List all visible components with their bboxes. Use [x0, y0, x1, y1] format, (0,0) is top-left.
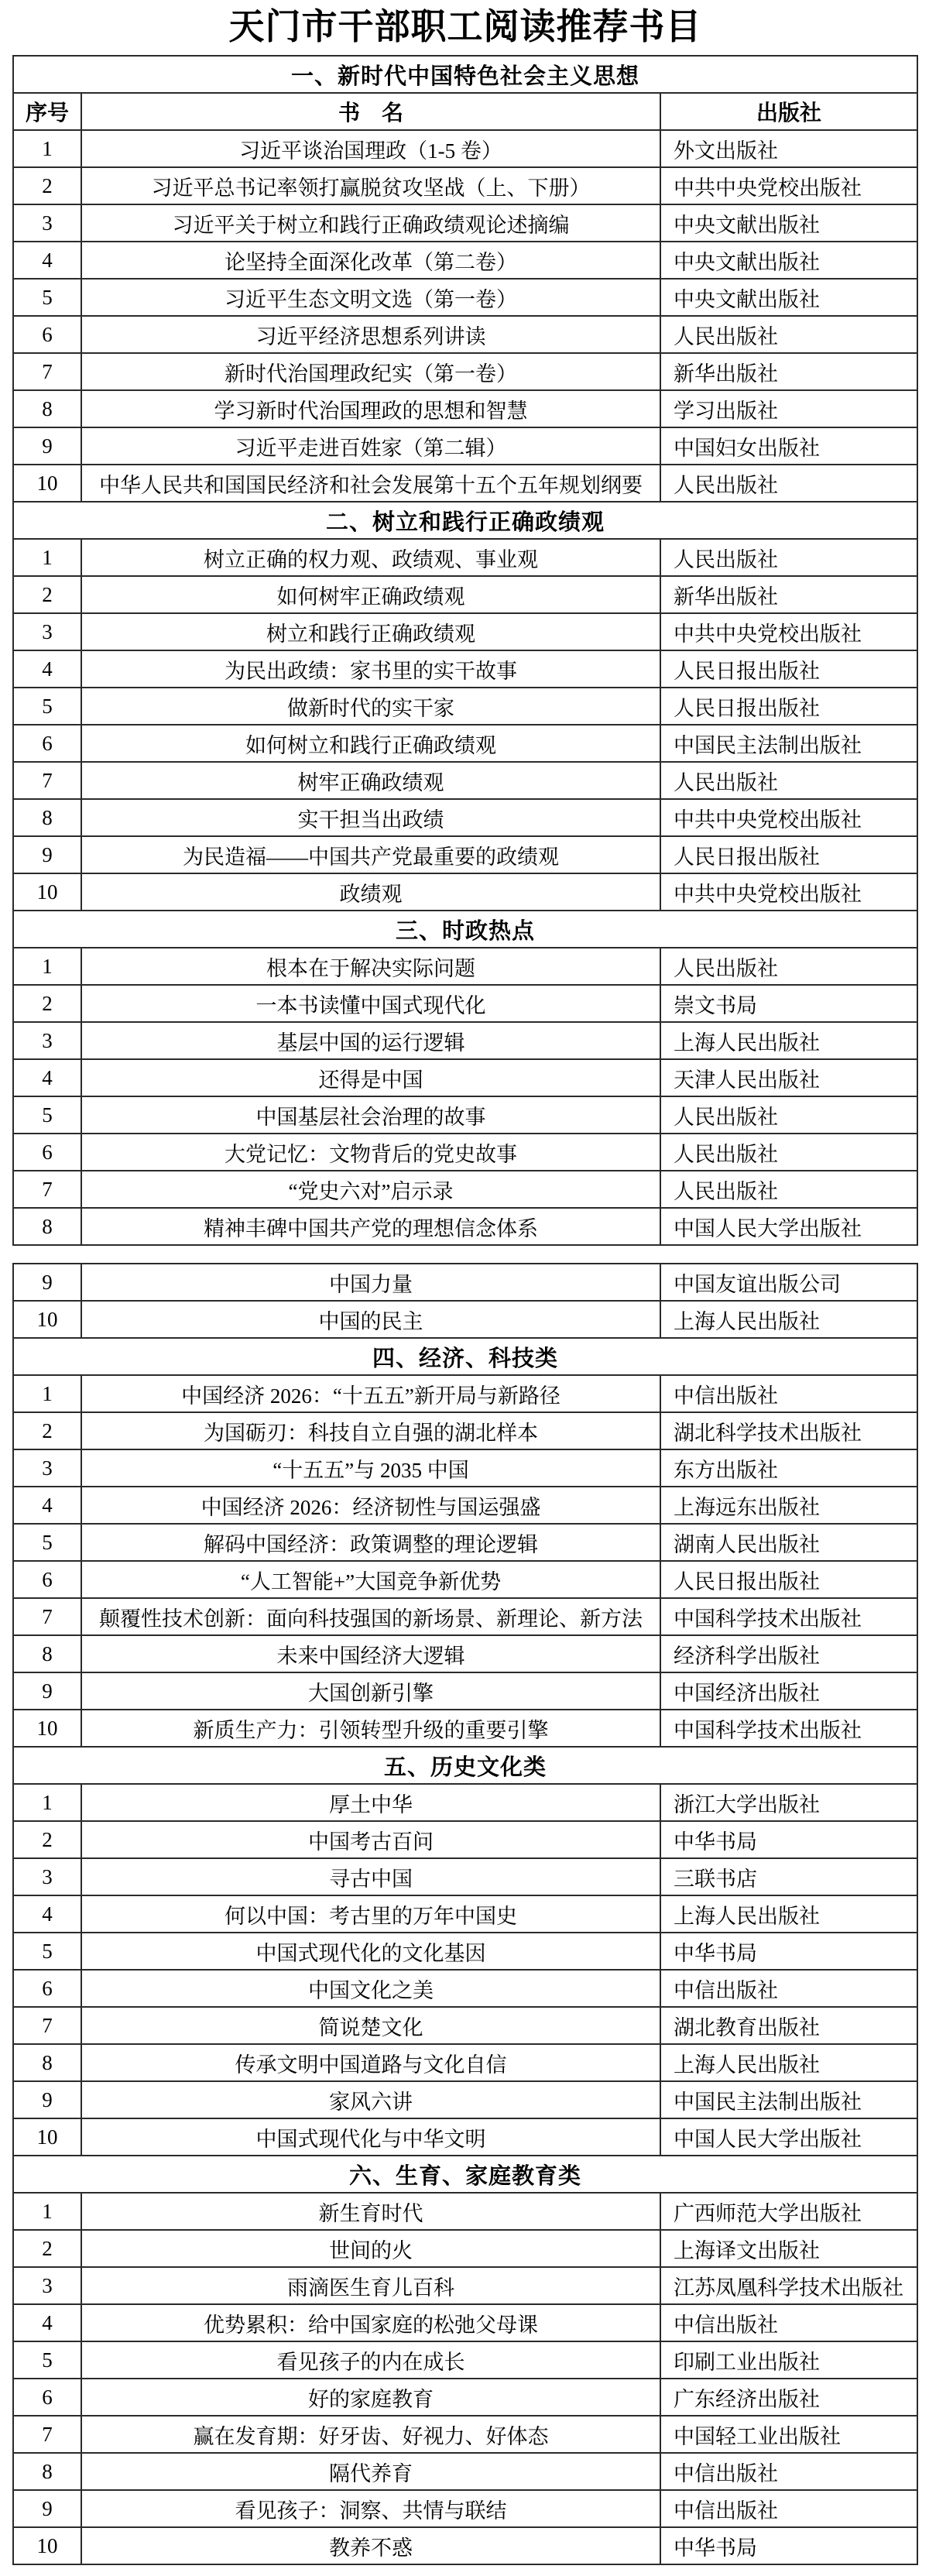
section-heading: 四、经济、科技类 — [13, 1338, 917, 1375]
book-serial-number: 1 — [13, 130, 81, 167]
book-row: 3雨滴医生育儿百科江苏凤凰科学技术出版社 — [13, 2267, 917, 2304]
book-publisher: 人民日报出版社 — [660, 650, 917, 688]
book-serial-number: 8 — [13, 2453, 81, 2490]
book-serial-number: 6 — [13, 1970, 81, 2007]
book-publisher: 中华书局 — [660, 1933, 917, 1970]
book-title: 颠覆性技术创新：面向科技强国的新场景、新理论、新方法 — [81, 1598, 660, 1635]
book-serial-number: 5 — [13, 1524, 81, 1561]
book-title: 为民出政绩：家书里的实干故事 — [81, 650, 660, 688]
book-publisher: 中央文献出版社 — [660, 204, 917, 242]
book-serial-number: 5 — [13, 279, 81, 316]
book-row: 2习近平总书记率领打赢脱贫攻坚战（上、下册）中共中央党校出版社 — [13, 167, 917, 204]
book-title: 习近平总书记率领打赢脱贫攻坚战（上、下册） — [81, 167, 660, 204]
book-row: 5看见孩子的内在成长印刷工业出版社 — [13, 2341, 917, 2379]
book-publisher: 人民出版社 — [660, 316, 917, 353]
book-title: 大党记忆：文物背后的党史故事 — [81, 1134, 660, 1171]
book-row: 5中国基层社会治理的故事人民出版社 — [13, 1096, 917, 1134]
book-row: 2世间的火上海译文出版社 — [13, 2230, 917, 2267]
book-publisher: 中信出版社 — [660, 1375, 917, 1412]
book-title: 中国式现代化的文化基因 — [81, 1933, 660, 1970]
book-publisher: 上海人民出版社 — [660, 1022, 917, 1059]
book-title: 家风六讲 — [81, 2081, 660, 2118]
book-publisher: 中国人民大学出版社 — [660, 2118, 917, 2156]
book-row: 9家风六讲中国民主法制出版社 — [13, 2081, 917, 2118]
book-serial-number: 6 — [13, 1561, 81, 1598]
book-serial-number: 2 — [13, 167, 81, 204]
book-title: 教养不惑 — [81, 2527, 660, 2564]
section-heading-row: 四、经济、科技类 — [13, 1338, 917, 1375]
book-serial-number: 6 — [13, 316, 81, 353]
book-publisher: 中国科学技术出版社 — [660, 1598, 917, 1635]
book-serial-number: 3 — [13, 204, 81, 242]
book-row: 6习近平经济思想系列讲读人民出版社 — [13, 316, 917, 353]
book-serial-number: 6 — [13, 2379, 81, 2416]
book-publisher: 三联书店 — [660, 1858, 917, 1895]
book-publisher: 人民出版社 — [660, 539, 917, 576]
book-serial-number: 9 — [13, 836, 81, 873]
book-row: 7赢在发育期：好牙齿、好视力、好体态中国轻工业出版社 — [13, 2416, 917, 2453]
book-row: 4中国经济 2026：经济韧性与国运强盛上海远东出版社 — [13, 1487, 917, 1524]
book-title: 新生育时代 — [81, 2193, 660, 2230]
book-row: 6“人工智能+”大国竞争新优势人民日报出版社 — [13, 1561, 917, 1598]
book-publisher: 人民出版社 — [660, 1171, 917, 1208]
book-title: 解码中国经济：政策调整的理论逻辑 — [81, 1524, 660, 1561]
book-serial-number: 7 — [13, 1171, 81, 1208]
book-title: 中国经济 2026：“十五五”新开局与新路径 — [81, 1375, 660, 1412]
book-title: “人工智能+”大国竞争新优势 — [81, 1561, 660, 1598]
book-row: 5中国式现代化的文化基因中华书局 — [13, 1933, 917, 1970]
book-publisher: 浙江大学出版社 — [660, 1784, 917, 1821]
book-title: 如何树立和践行正确政绩观 — [81, 725, 660, 762]
book-table: 9中国力量中国友谊出版公司10中国的民主上海人民出版社四、经济、科技类1中国经济… — [12, 1263, 918, 2565]
book-publisher: 人民出版社 — [660, 1134, 917, 1171]
book-row: 9习近平走进百姓家（第二辑）中国妇女出版社 — [13, 427, 917, 465]
section-heading-row: 一、新时代中国特色社会主义思想 — [13, 56, 917, 93]
book-publisher: 上海人民出版社 — [660, 2044, 917, 2081]
book-serial-number: 5 — [13, 688, 81, 725]
book-row: 4为民出政绩：家书里的实干故事人民日报出版社 — [13, 650, 917, 688]
book-row: 9为民造福——中国共产党最重要的政绩观人民日报出版社 — [13, 836, 917, 873]
book-publisher: 中华书局 — [660, 2527, 917, 2564]
book-publisher: 经济科学出版社 — [660, 1635, 917, 1672]
book-publisher: 湖北科学技术出版社 — [660, 1412, 917, 1449]
book-row: 1中国经济 2026：“十五五”新开局与新路径中信出版社 — [13, 1375, 917, 1412]
section-heading-row: 五、历史文化类 — [13, 1747, 917, 1784]
book-title: 论坚持全面深化改革（第二卷） — [81, 242, 660, 279]
book-row: 7树牢正确政绩观人民出版社 — [13, 762, 917, 799]
book-title: 何以中国：考古里的万年中国史 — [81, 1895, 660, 1933]
book-title: 精神丰碑中国共产党的理想信念体系 — [81, 1208, 660, 1245]
book-row: 4优势累积：给中国家庭的松弛父母课中信出版社 — [13, 2304, 917, 2341]
section-heading: 三、时政热点 — [13, 911, 917, 948]
book-serial-number: 3 — [13, 2267, 81, 2304]
book-serial-number: 10 — [13, 465, 81, 502]
book-row: 6好的家庭教育广东经济出版社 — [13, 2379, 917, 2416]
column-header-row: 序号书 名出版社 — [13, 93, 917, 130]
book-publisher: 上海人民出版社 — [660, 1301, 917, 1338]
document-title: 天门市干部职工阅读推荐书目 — [12, 5, 918, 55]
section-heading: 五、历史文化类 — [13, 1747, 917, 1784]
book-row: 3树立和践行正确政绩观中共中央党校出版社 — [13, 613, 917, 650]
book-publisher: 中信出版社 — [660, 1970, 917, 2007]
book-serial-number: 3 — [13, 1022, 81, 1059]
book-title: 树立和践行正确政绩观 — [81, 613, 660, 650]
book-row: 4何以中国：考古里的万年中国史上海人民出版社 — [13, 1895, 917, 1933]
book-publisher: 中共中央党校出版社 — [660, 873, 917, 911]
book-publisher: 湖北教育出版社 — [660, 2007, 917, 2044]
document-page: 天门市干部职工阅读推荐书目 一、新时代中国特色社会主义思想序号书 名出版社1习近… — [0, 0, 929, 2576]
book-serial-number: 7 — [13, 2007, 81, 2044]
book-serial-number: 1 — [13, 1375, 81, 1412]
book-title: 习近平谈治国理政（1-5 卷） — [81, 130, 660, 167]
book-serial-number: 9 — [13, 1672, 81, 1710]
book-row: 3“十五五”与 2035 中国东方出版社 — [13, 1449, 917, 1487]
book-row: 1树立正确的权力观、政绩观、事业观人民出版社 — [13, 539, 917, 576]
book-row: 9大国创新引擎中国经济出版社 — [13, 1672, 917, 1710]
book-serial-number: 10 — [13, 2118, 81, 2156]
book-serial-number: 1 — [13, 948, 81, 985]
book-serial-number: 5 — [13, 2341, 81, 2379]
book-publisher: 外文出版社 — [660, 130, 917, 167]
book-serial-number: 4 — [13, 1059, 81, 1096]
book-publisher: 中信出版社 — [660, 2490, 917, 2527]
book-serial-number: 4 — [13, 242, 81, 279]
book-serial-number: 9 — [13, 1264, 81, 1301]
book-title: 习近平生态文明文选（第一卷） — [81, 279, 660, 316]
book-publisher: 上海人民出版社 — [660, 1895, 917, 1933]
book-publisher: 人民日报出版社 — [660, 688, 917, 725]
book-title: 厚土中华 — [81, 1784, 660, 1821]
book-publisher: 崇文书局 — [660, 985, 917, 1022]
book-row: 6中国文化之美中信出版社 — [13, 1970, 917, 2007]
book-serial-number: 7 — [13, 2416, 81, 2453]
book-title: 看见孩子的内在成长 — [81, 2341, 660, 2379]
book-publisher: 天津人民出版社 — [660, 1059, 917, 1096]
section-heading: 二、树立和践行正确政绩观 — [13, 502, 917, 539]
book-publisher: 中共中央党校出版社 — [660, 799, 917, 836]
book-title: 传承文明中国道路与文化自信 — [81, 2044, 660, 2081]
book-row: 9中国力量中国友谊出版公司 — [13, 1264, 917, 1301]
book-row: 6大党记忆：文物背后的党史故事人民出版社 — [13, 1134, 917, 1171]
book-row: 8学习新时代治国理政的思想和智慧学习出版社 — [13, 390, 917, 427]
book-title: 中国文化之美 — [81, 1970, 660, 2007]
book-serial-number: 9 — [13, 2081, 81, 2118]
column-header-book-name: 书 名 — [81, 93, 660, 130]
book-publisher: 中国友谊出版公司 — [660, 1264, 917, 1301]
book-row: 8未来中国经济大逻辑经济科学出版社 — [13, 1635, 917, 1672]
book-title: 中国的民主 — [81, 1301, 660, 1338]
book-serial-number: 8 — [13, 1635, 81, 1672]
book-row: 4还得是中国天津人民出版社 — [13, 1059, 917, 1096]
book-title: 新质生产力：引领转型升级的重要引擎 — [81, 1710, 660, 1747]
book-row: 1根本在于解决实际问题人民出版社 — [13, 948, 917, 985]
book-publisher: 上海远东出版社 — [660, 1487, 917, 1524]
book-publisher: 中华书局 — [660, 1821, 917, 1858]
book-serial-number: 4 — [13, 1487, 81, 1524]
book-row: 10中华人民共和国国民经济和社会发展第十五个五年规划纲要人民出版社 — [13, 465, 917, 502]
book-row: 8隔代养育中信出版社 — [13, 2453, 917, 2490]
section-heading-row: 二、树立和践行正确政绩观 — [13, 502, 917, 539]
book-publisher: 东方出版社 — [660, 1449, 917, 1487]
book-row: 10新质生产力：引领转型升级的重要引擎中国科学技术出版社 — [13, 1710, 917, 1747]
book-title: 树牢正确政绩观 — [81, 762, 660, 799]
book-publisher: 中信出版社 — [660, 2453, 917, 2490]
book-publisher: 人民出版社 — [660, 762, 917, 799]
book-table: 一、新时代中国特色社会主义思想序号书 名出版社1习近平谈治国理政（1-5 卷）外… — [12, 55, 918, 1246]
book-serial-number: 5 — [13, 1096, 81, 1134]
book-row: 7新时代治国理政纪实（第一卷）新华出版社 — [13, 353, 917, 390]
book-serial-number: 4 — [13, 2304, 81, 2341]
book-publisher: 江苏凤凰科学技术出版社 — [660, 2267, 917, 2304]
book-publisher: 中共中央党校出版社 — [660, 167, 917, 204]
book-publisher: 中共中央党校出版社 — [660, 613, 917, 650]
book-title: 基层中国的运行逻辑 — [81, 1022, 660, 1059]
book-serial-number: 1 — [13, 539, 81, 576]
book-title: “十五五”与 2035 中国 — [81, 1449, 660, 1487]
book-row: 6如何树立和践行正确政绩观中国民主法制出版社 — [13, 725, 917, 762]
book-title: 学习新时代治国理政的思想和智慧 — [81, 390, 660, 427]
book-publisher: 中国民主法制出版社 — [660, 725, 917, 762]
book-title: 习近平走进百姓家（第二辑） — [81, 427, 660, 465]
book-title: 为国砺刃：科技自立自强的湖北样本 — [81, 1412, 660, 1449]
book-title: 世间的火 — [81, 2230, 660, 2267]
section-heading: 一、新时代中国特色社会主义思想 — [13, 56, 917, 93]
book-title: 赢在发育期：好牙齿、好视力、好体态 — [81, 2416, 660, 2453]
book-publisher: 中国民主法制出版社 — [660, 2081, 917, 2118]
book-row: 8实干担当出政绩中共中央党校出版社 — [13, 799, 917, 836]
book-row: 3习近平关于树立和践行正确政绩观论述摘编中央文献出版社 — [13, 204, 917, 242]
book-title: 大国创新引擎 — [81, 1672, 660, 1710]
book-serial-number: 2 — [13, 1412, 81, 1449]
book-publisher: 人民出版社 — [660, 465, 917, 502]
book-row: 7“党史六对”启示录人民出版社 — [13, 1171, 917, 1208]
book-title: 做新时代的实干家 — [81, 688, 660, 725]
book-row: 2为国砺刃：科技自立自强的湖北样本湖北科学技术出版社 — [13, 1412, 917, 1449]
book-row: 5习近平生态文明文选（第一卷）中央文献出版社 — [13, 279, 917, 316]
book-serial-number: 7 — [13, 1598, 81, 1635]
book-title: 如何树牢正确政绩观 — [81, 576, 660, 613]
book-serial-number: 9 — [13, 427, 81, 465]
book-row: 2中国考古百问中华书局 — [13, 1821, 917, 1858]
book-publisher: 新华出版社 — [660, 576, 917, 613]
book-row: 1新生育时代广西师范大学出版社 — [13, 2193, 917, 2230]
book-publisher: 上海译文出版社 — [660, 2230, 917, 2267]
book-row: 8精神丰碑中国共产党的理想信念体系中国人民大学出版社 — [13, 1208, 917, 1245]
column-header-serial: 序号 — [13, 93, 81, 130]
book-title: 中国基层社会治理的故事 — [81, 1096, 660, 1134]
book-serial-number: 10 — [13, 2527, 81, 2564]
book-serial-number: 8 — [13, 1208, 81, 1245]
book-publisher: 中信出版社 — [660, 2304, 917, 2341]
book-row: 7简说楚文化湖北教育出版社 — [13, 2007, 917, 2044]
column-header-publisher: 出版社 — [660, 93, 917, 130]
book-serial-number: 3 — [13, 1449, 81, 1487]
book-serial-number: 9 — [13, 2490, 81, 2527]
book-title: 好的家庭教育 — [81, 2379, 660, 2416]
book-publisher: 广西师范大学出版社 — [660, 2193, 917, 2230]
book-serial-number: 2 — [13, 576, 81, 613]
book-title: 树立正确的权力观、政绩观、事业观 — [81, 539, 660, 576]
book-serial-number: 10 — [13, 873, 81, 911]
book-title: 为民造福——中国共产党最重要的政绩观 — [81, 836, 660, 873]
book-serial-number: 1 — [13, 1784, 81, 1821]
book-publisher: 学习出版社 — [660, 390, 917, 427]
book-title: 根本在于解决实际问题 — [81, 948, 660, 985]
book-publisher: 中央文献出版社 — [660, 279, 917, 316]
book-title: 看见孩子：洞察、共情与联结 — [81, 2490, 660, 2527]
book-publisher: 中国科学技术出版社 — [660, 1710, 917, 1747]
book-title: 未来中国经济大逻辑 — [81, 1635, 660, 1672]
book-row: 7颠覆性技术创新：面向科技强国的新场景、新理论、新方法中国科学技术出版社 — [13, 1598, 917, 1635]
book-serial-number: 5 — [13, 1933, 81, 1970]
book-row: 1厚土中华浙江大学出版社 — [13, 1784, 917, 1821]
book-title: 雨滴医生育儿百科 — [81, 2267, 660, 2304]
book-serial-number: 7 — [13, 353, 81, 390]
book-publisher: 广东经济出版社 — [660, 2379, 917, 2416]
book-row: 2一本书读懂中国式现代化崇文书局 — [13, 985, 917, 1022]
book-row: 2如何树牢正确政绩观新华出版社 — [13, 576, 917, 613]
book-publisher: 中国轻工业出版社 — [660, 2416, 917, 2453]
book-serial-number: 6 — [13, 725, 81, 762]
book-title: 隔代养育 — [81, 2453, 660, 2490]
book-serial-number: 3 — [13, 613, 81, 650]
book-row: 1习近平谈治国理政（1-5 卷）外文出版社 — [13, 130, 917, 167]
book-serial-number: 2 — [13, 2230, 81, 2267]
book-row: 10中国的民主上海人民出版社 — [13, 1301, 917, 1338]
book-publisher: 人民日报出版社 — [660, 836, 917, 873]
book-publisher: 印刷工业出版社 — [660, 2341, 917, 2379]
book-title: 简说楚文化 — [81, 2007, 660, 2044]
book-serial-number: 8 — [13, 799, 81, 836]
book-publisher: 中央文献出版社 — [660, 242, 917, 279]
section-heading: 六、生育、家庭教育类 — [13, 2156, 917, 2193]
book-serial-number: 6 — [13, 1134, 81, 1171]
section-heading-row: 六、生育、家庭教育类 — [13, 2156, 917, 2193]
book-publisher: 中国人民大学出版社 — [660, 1208, 917, 1245]
book-row: 8传承文明中国道路与文化自信上海人民出版社 — [13, 2044, 917, 2081]
book-serial-number: 10 — [13, 1301, 81, 1338]
book-title: 中国式现代化与中华文明 — [81, 2118, 660, 2156]
book-serial-number: 7 — [13, 762, 81, 799]
book-serial-number: 1 — [13, 2193, 81, 2230]
book-row: 5做新时代的实干家人民日报出版社 — [13, 688, 917, 725]
book-title: 寻古中国 — [81, 1858, 660, 1895]
book-publisher: 中国妇女出版社 — [660, 427, 917, 465]
book-serial-number: 8 — [13, 2044, 81, 2081]
book-publisher: 中国经济出版社 — [660, 1672, 917, 1710]
book-row: 9看见孩子：洞察、共情与联结中信出版社 — [13, 2490, 917, 2527]
book-publisher: 湖南人民出版社 — [660, 1524, 917, 1561]
section-heading-row: 三、时政热点 — [13, 911, 917, 948]
book-row: 3基层中国的运行逻辑上海人民出版社 — [13, 1022, 917, 1059]
book-row: 10教养不惑中华书局 — [13, 2527, 917, 2564]
book-title: 政绩观 — [81, 873, 660, 911]
book-publisher: 人民出版社 — [660, 1096, 917, 1134]
book-row: 5解码中国经济：政策调整的理论逻辑湖南人民出版社 — [13, 1524, 917, 1561]
book-title: 中华人民共和国国民经济和社会发展第十五个五年规划纲要 — [81, 465, 660, 502]
book-publisher: 人民出版社 — [660, 948, 917, 985]
book-row: 10政绩观中共中央党校出版社 — [13, 873, 917, 911]
book-title: 中国考古百问 — [81, 1821, 660, 1858]
book-title: 还得是中国 — [81, 1059, 660, 1096]
book-title: 中国力量 — [81, 1264, 660, 1301]
book-publisher: 人民日报出版社 — [660, 1561, 917, 1598]
book-serial-number: 3 — [13, 1858, 81, 1895]
book-title: 实干担当出政绩 — [81, 799, 660, 836]
book-publisher: 新华出版社 — [660, 353, 917, 390]
book-serial-number: 4 — [13, 1895, 81, 1933]
book-serial-number: 4 — [13, 650, 81, 688]
book-title: 习近平经济思想系列讲读 — [81, 316, 660, 353]
book-serial-number: 2 — [13, 985, 81, 1022]
book-title: “党史六对”启示录 — [81, 1171, 660, 1208]
book-title: 中国经济 2026：经济韧性与国运强盛 — [81, 1487, 660, 1524]
book-title: 一本书读懂中国式现代化 — [81, 985, 660, 1022]
book-row: 10中国式现代化与中华文明中国人民大学出版社 — [13, 2118, 917, 2156]
book-title: 习近平关于树立和践行正确政绩观论述摘编 — [81, 204, 660, 242]
book-row: 4论坚持全面深化改革（第二卷）中央文献出版社 — [13, 242, 917, 279]
book-serial-number: 8 — [13, 390, 81, 427]
book-title: 优势累积：给中国家庭的松弛父母课 — [81, 2304, 660, 2341]
book-title: 新时代治国理政纪实（第一卷） — [81, 353, 660, 390]
book-serial-number: 2 — [13, 1821, 81, 1858]
book-row: 3寻古中国三联书店 — [13, 1858, 917, 1895]
book-serial-number: 10 — [13, 1710, 81, 1747]
reading-list-tables: 一、新时代中国特色社会主义思想序号书 名出版社1习近平谈治国理政（1-5 卷）外… — [12, 55, 918, 2565]
